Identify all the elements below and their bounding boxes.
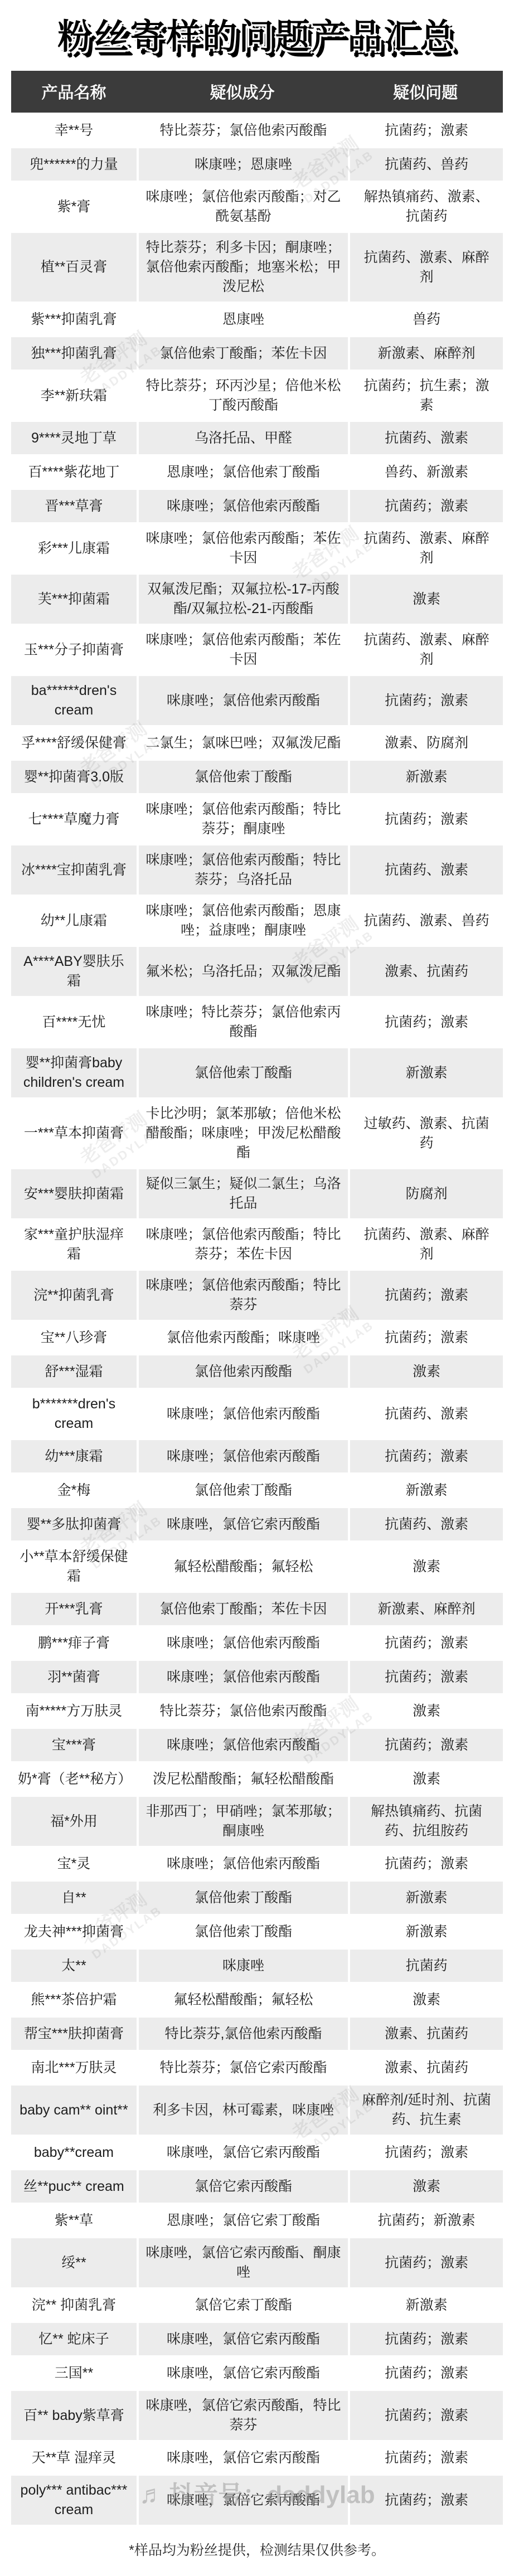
issues-cell: 抗菌药；激素 <box>348 1661 503 1693</box>
issues-cell: 抗菌药；激素 <box>348 1627 503 1659</box>
table-row: 小**草本舒缓保健霜 氟轻松醋酸酯；氟轻松 激素 <box>11 1540 503 1591</box>
table-row: 幸**号 特比萘芬；氯倍他索丙酸酯 抗菌药；激素 <box>11 113 503 147</box>
table-row: 晋***草膏 咪康唑；氯倍他索丙酸酯 抗菌药；激素 <box>11 488 503 522</box>
table-row: 奶*膏（老**秘方） 泼尼松醋酸酯；氟轻松醋酸酯 激素 <box>11 1761 503 1795</box>
table-row: 龙夫神***抑菌膏 氯倍他索丁酸酯 新激素 <box>11 1914 503 1948</box>
product-name-cell: 百** baby紫草膏 <box>11 2391 137 2440</box>
ingredients-cell: 咪康唑；恩康唑 <box>137 148 348 181</box>
issues-cell: 激素 <box>348 575 503 624</box>
product-name-cell: 南*****方万肤灵 <box>11 1695 137 1727</box>
issues-cell: 抗菌药；激素 <box>348 2136 503 2169</box>
issues-cell: 防腐剂 <box>348 1169 503 1218</box>
ingredients-cell: 特比萘芬；环丙沙星；倍他米松丁酸丙酸酯 <box>137 371 348 420</box>
table-row: 七****草魔力膏 咪康唑；氯倍他索丙酸酯；特比萘芬；酮康唑 抗菌药；激素 <box>11 793 503 844</box>
ingredients-cell: 氯倍他索丁酸酯 <box>137 1048 348 1097</box>
issues-cell: 抗菌药；激素 <box>348 2357 503 2389</box>
issues-cell: 抗菌药、激素、麻醉剂 <box>348 524 503 573</box>
product-name-cell: 浣** 抑菌乳膏 <box>11 2289 137 2321</box>
ingredients-cell: 特比萘芬；氯倍他索丙酸酯 <box>137 114 348 147</box>
product-name-cell: 开***乳膏 <box>11 1593 137 1625</box>
product-name-cell: 独***抑菌乳膏 <box>11 337 137 370</box>
table-row: 天**草 湿痒灵 咪康唑，氯倍它索丙酸酯 抗菌药；激素 <box>11 2440 503 2474</box>
issues-cell: 抗菌药；激素 <box>348 2442 503 2474</box>
footnote: *样品均为粉丝提供，检测结果仅供参考。 <box>11 2539 503 2559</box>
ingredients-cell: 卡比沙明；氯苯那敏；倍他米松醋酸酯；咪康唑；甲泼尼松醋酸酯 <box>137 1099 348 1168</box>
issues-cell: 新激素、麻醉剂 <box>348 1593 503 1625</box>
ingredients-cell: 恩康唑 <box>137 303 348 336</box>
ingredients-cell: 氯倍他索丁酸酯 <box>137 1916 348 1948</box>
issues-cell: 抗菌药 <box>348 1950 503 1982</box>
ingredients-cell: 咪康唑；氯倍他索丙酸酯 <box>137 676 348 725</box>
ingredients-cell: 咪康唑；特比萘芬；氯倍他索丙酸酯 <box>137 998 348 1047</box>
ingredients-cell: 泼尼松醋酸酯；氟轻松醋酸酯 <box>137 1763 348 1795</box>
product-name-cell: 百****紫花地丁 <box>11 456 137 488</box>
issues-cell: 抗菌药；激素 <box>348 2238 503 2287</box>
product-name-cell: 浣**抑菌乳膏 <box>11 1271 137 1320</box>
product-name-cell: 百****无忧 <box>11 998 137 1047</box>
issues-cell: 抗菌药；激素 <box>348 795 503 844</box>
issues-cell: 抗菌药；激素 <box>348 1440 503 1472</box>
product-name-cell: 紫***抑菌乳膏 <box>11 303 137 336</box>
table-row: 百****无忧 咪康唑；特比萘芬；氯倍他索丙酸酯 抗菌药；激素 <box>11 996 503 1047</box>
table-row: 熊***茶倍护霜 氟轻松醋酸酯；氟轻松 激素 <box>11 1982 503 2016</box>
ingredients-cell: 咪康唑；氯倍他索丙酸酯；恩康唑；益康唑；酮康唑 <box>137 896 348 945</box>
table-row: baby**cream 咪康唑，氯倍它索丙酸酯 抗菌药；激素 <box>11 2135 503 2169</box>
ingredients-cell: 咪康唑；氯倍他索丙酸酯；对乙酰氨基酚 <box>137 182 348 231</box>
ingredients-cell: 咪康唑，氯倍它索丙酸酯 <box>137 2357 348 2389</box>
issues-cell: 新激素、麻醉剂 <box>348 337 503 370</box>
product-name-cell: 9****灵地丁草 <box>11 422 137 454</box>
product-name-cell: 小**草本舒缓保健霜 <box>11 1542 137 1591</box>
issues-cell: 抗菌药、激素、麻醉剂 <box>348 625 503 674</box>
issues-cell: 抗菌药；新激素 <box>348 2204 503 2237</box>
product-name-cell: 彩***儿康霜 <box>11 524 137 573</box>
issues-cell: 激素 <box>348 1763 503 1795</box>
product-name-cell: 龙夫神***抑菌膏 <box>11 1916 137 1948</box>
product-name-cell: 安***婴肤抑菌霜 <box>11 1169 137 1218</box>
ingredients-cell: 特比萘芬；氯倍它索丙酸酯 <box>137 2052 348 2084</box>
product-name-cell: 婴**多肽抑菌膏 <box>11 1508 137 1540</box>
table-row: 绥** 咪康唑，氯倍它索丙酸酯、酮康唑 抗菌药；激素 <box>11 2237 503 2287</box>
ingredients-cell: 氯倍他索丙酸酯 <box>137 1355 348 1388</box>
table-row: 舒***湿霜 氯倍他索丙酸酯 激素 <box>11 1354 503 1388</box>
table-row: 三国** 咪康唑，氯倍它索丙酸酯 抗菌药；激素 <box>11 2355 503 2389</box>
ingredients-cell: 氯倍他索丁酸酯；苯佐卡因 <box>137 1593 348 1625</box>
table-row: 幼**儿康霜 咪康唑；氯倍他索丙酸酯；恩康唑；益康唑；酮康唑 抗菌药、激素、兽药 <box>11 895 503 945</box>
product-name-cell: 忆** 蛇床子 <box>11 2323 137 2355</box>
issues-cell: 兽药、新激素 <box>348 456 503 488</box>
table-row: 植**百灵膏 特比萘芬；利多卡因；酮康唑；氯倍他索丙酸酯；地塞米松；甲泼尼松 抗… <box>11 231 503 302</box>
ingredients-cell: 双氟泼尼酯；双氟拉松-17-丙酸酯/双氟拉松-21-丙酸酯 <box>137 575 348 624</box>
product-name-cell: 奶*膏（老**秘方） <box>11 1763 137 1795</box>
ingredients-cell: 咪康唑，氯倍它索丙酸酯 <box>137 2476 348 2525</box>
issues-cell: 抗菌药、激素 <box>348 1389 503 1438</box>
table-row: 紫**草 恩康唑；氯倍它索丁酸酯 抗菌药；新激素 <box>11 2203 503 2237</box>
product-name-cell: 幼**儿康霜 <box>11 896 137 945</box>
product-name-cell: 冰****宝抑菌乳膏 <box>11 845 137 895</box>
ingredients-cell: 恩康唑；氯倍它索丁酸酯 <box>137 2204 348 2237</box>
ingredients-cell: 氟轻松醋酸酯；氟轻松 <box>137 1542 348 1591</box>
ingredients-cell: 氯倍他索丁酸酯 <box>137 1882 348 1914</box>
product-name-cell: 紫**草 <box>11 2204 137 2237</box>
product-name-cell: 兜******的力量 <box>11 148 137 181</box>
header-suspected-ingredients: 疑似成分 <box>137 71 348 113</box>
issues-cell: 抗菌药；激素 <box>348 1271 503 1320</box>
product-name-cell: 鹏***痱子膏 <box>11 1627 137 1659</box>
ingredients-cell: 咪康唑，氯倍它索丙酸酯、酮康唑 <box>137 2238 348 2287</box>
ingredients-cell: 氯倍他索丁酸酯；苯佐卡因 <box>137 337 348 370</box>
issues-cell: 激素 <box>348 2170 503 2203</box>
ingredients-cell: 氟轻松醋酸酯；氟轻松 <box>137 1984 348 2016</box>
issues-cell: 过敏药、激素、抗菌药 <box>348 1099 503 1168</box>
product-name-cell: 婴**抑菌膏baby children's cream <box>11 1048 137 1097</box>
issues-cell: 抗菌药；激素 <box>348 676 503 725</box>
table-row: 南北***万肤灵 特比萘芬；氯倍它索丙酸酯 激素、抗菌药 <box>11 2050 503 2084</box>
ingredients-cell: 咪康唑；氯倍他索丙酸酯；苯佐卡因 <box>137 524 348 573</box>
product-name-cell: 紫*膏 <box>11 182 137 231</box>
table-row: 紫*膏 咪康唑；氯倍他索丙酸酯；对乙酰氨基酚 解热镇痛药、激素、抗菌药 <box>11 181 503 231</box>
issues-cell: 激素、抗菌药 <box>348 947 503 996</box>
product-name-cell: 植**百灵膏 <box>11 233 137 302</box>
ingredients-cell: 特比萘芬,氯倍他索丙酸酯 <box>137 2018 348 2050</box>
issues-cell: 解热镇痛药、抗菌药、抗组胺药 <box>348 1797 503 1846</box>
ingredients-cell: 咪康唑；氯倍他索丙酸酯；特比萘芬 <box>137 1271 348 1320</box>
table-row: 自** 氯倍他索丁酸酯 新激素 <box>11 1880 503 1914</box>
table-row: 帮宝***肤抑菌膏 特比萘芬,氯倍他索丙酸酯 激素、抗菌药 <box>11 2016 503 2050</box>
table-row: 婴**多肽抑菌膏 咪康唑，氯倍它索丙酸酯 抗菌药、激素 <box>11 1506 503 1540</box>
issues-cell: 抗菌药；激素 <box>348 114 503 147</box>
products-table: 产品名称 疑似成分 疑似问题 幸**号 特比萘芬；氯倍他索丙酸酯 抗菌药；激素 … <box>11 71 503 2525</box>
issues-cell: 抗菌药；激素 <box>348 490 503 522</box>
table-row: 福*外用 非那西丁；甲硝唑；氯苯那敏；酮康唑 解热镇痛药、抗菌药、抗组胺药 <box>11 1795 503 1846</box>
header-product-name: 产品名称 <box>11 71 137 113</box>
issues-cell: 抗菌药、激素 <box>348 422 503 454</box>
ingredients-cell: 乌洛托品、甲醛 <box>137 422 348 454</box>
product-name-cell: 丝**puc** cream <box>11 2170 137 2203</box>
table-row: poly*** antibac*** cream 咪康唑，氯倍它索丙酸酯 抗菌药… <box>11 2474 503 2525</box>
ingredients-cell: 咪康唑，氯倍它索丙酸酯，特比萘芬 <box>137 2391 348 2440</box>
product-name-cell: poly*** antibac*** cream <box>11 2476 137 2525</box>
issues-cell: 抗菌药；激素 <box>348 2391 503 2440</box>
table-row: 9****灵地丁草 乌洛托品、甲醛 抗菌药、激素 <box>11 420 503 454</box>
product-name-cell: 七****草魔力膏 <box>11 795 137 844</box>
product-name-cell: 绥** <box>11 2238 137 2287</box>
issues-cell: 抗菌药、激素 <box>348 1508 503 1540</box>
issues-cell: 抗菌药、激素 <box>348 845 503 895</box>
product-name-cell: 熊***茶倍护霜 <box>11 1984 137 2016</box>
issues-cell: 激素 <box>348 1355 503 1388</box>
ingredients-cell: 二氯生；氯咪巴唑；双氟泼尼酯 <box>137 727 348 759</box>
product-name-cell: b*******dren's cream <box>11 1389 137 1438</box>
table-row: 开***乳膏 氯倍他索丁酸酯；苯佐卡因 新激素、麻醉剂 <box>11 1591 503 1625</box>
table-row: 幼***康霜 咪康唑；氯倍他索丙酸酯 抗菌药；激素 <box>11 1438 503 1472</box>
issues-cell: 抗菌药；激素 <box>348 1848 503 1880</box>
issues-cell: 激素、防腐剂 <box>348 727 503 759</box>
table-row: b*******dren's cream 咪康唑；氯倍他索丙酸酯 抗菌药、激素 <box>11 1388 503 1438</box>
product-name-cell: 舒***湿霜 <box>11 1355 137 1388</box>
table-row: 家***童护肤湿痒霜 咪康唑；氯倍他索丙酸酯；特比萘芬；苯佐卡因 抗菌药、激素、… <box>11 1218 503 1269</box>
table-row: 彩***儿康霜 咪康唑；氯倍他索丙酸酯；苯佐卡因 抗菌药、激素、麻醉剂 <box>11 522 503 573</box>
table-row: 太** 咪康唑 抗菌药 <box>11 1948 503 1982</box>
table-row: 忆** 蛇床子 咪康唑，氯倍它索丙酸酯 抗菌药；激素 <box>11 2321 503 2355</box>
ingredients-cell: 氯倍它索丙酸酯 <box>137 2170 348 2203</box>
product-name-cell: 芙***抑菌霜 <box>11 575 137 624</box>
ingredients-cell: 咪康唑；氯倍他索丙酸酯 <box>137 490 348 522</box>
product-name-cell: 自** <box>11 1882 137 1914</box>
issues-cell: 新激素 <box>348 1048 503 1097</box>
table-row: 宝*灵 咪康唑；氯倍他索丙酸酯 抗菌药；激素 <box>11 1846 503 1880</box>
ingredients-cell: 恩康唑；氯倍他索丁酸酯 <box>137 456 348 488</box>
table-row: ba******dren's cream 咪康唑；氯倍他索丙酸酯 抗菌药；激素 <box>11 674 503 725</box>
ingredients-cell: 咪康唑；氯倍他索丙酸酯 <box>137 1389 348 1438</box>
product-name-cell: 太** <box>11 1950 137 1982</box>
ingredients-cell: 非那西丁；甲硝唑；氯苯那敏；酮康唑 <box>137 1797 348 1846</box>
product-name-cell: 宝***膏 <box>11 1729 137 1761</box>
table-row: 百** baby紫草膏 咪康唑，氯倍它索丙酸酯，特比萘芬 抗菌药；激素 <box>11 2389 503 2440</box>
table-row: 李**新玞霜 特比萘芬；环丙沙星；倍他米松丁酸丙酸酯 抗菌药；抗生素；激素 <box>11 370 503 420</box>
issues-cell: 新激素 <box>348 2289 503 2321</box>
product-name-cell: 金*梅 <box>11 1474 137 1506</box>
ingredients-cell: 咪康唑；氯倍他索丙酸酯；特比萘芬；苯佐卡因 <box>137 1220 348 1269</box>
table-row: 冰****宝抑菌乳膏 咪康唑；氯倍他索丙酸酯；特比萘芬；乌洛托品 抗菌药、激素 <box>11 844 503 895</box>
product-name-cell: 羽**菌膏 <box>11 1661 137 1693</box>
product-name-cell: 三国** <box>11 2357 137 2389</box>
product-name-cell: 天**草 湿痒灵 <box>11 2442 137 2474</box>
product-name-cell: 幼***康霜 <box>11 1440 137 1472</box>
table-row: baby cam** oint** 利多卡因，林可霉素，咪康唑 麻醉剂/延时剂、… <box>11 2084 503 2135</box>
product-name-cell: ba******dren's cream <box>11 676 137 725</box>
product-name-cell: 福*外用 <box>11 1797 137 1846</box>
product-name-cell: 幸**号 <box>11 114 137 147</box>
product-name-cell: 家***童护肤湿痒霜 <box>11 1220 137 1269</box>
ingredients-cell: 疑似三氯生；疑似二氯生；乌洛托品 <box>137 1169 348 1218</box>
table-row: 兜******的力量 咪康唑；恩康唑 抗菌药、兽药 <box>11 147 503 181</box>
table-row: A****ABY婴肤乐霜 氟米松；乌洛托品；双氟泼尼酯 激素、抗菌药 <box>11 945 503 996</box>
table-row: 浣**抑菌乳膏 咪康唑；氯倍他索丙酸酯；特比萘芬 抗菌药；激素 <box>11 1269 503 1320</box>
product-name-cell: 南北***万肤灵 <box>11 2052 137 2084</box>
issues-cell: 抗菌药；抗生素；激素 <box>348 371 503 420</box>
ingredients-cell: 咪康唑；氯倍他索丙酸酯；特比萘芬；酮康唑 <box>137 795 348 844</box>
ingredients-cell: 咪康唑；氯倍他索丙酸酯；特比萘芬；乌洛托品 <box>137 845 348 895</box>
ingredients-cell: 氯倍他索丁酸酯 <box>137 1474 348 1506</box>
page-title: 粉丝寄样的问题产品汇总 <box>11 9 503 59</box>
issues-cell: 抗菌药；激素 <box>348 2323 503 2355</box>
table-row: 南*****方万肤灵 特比萘芬；氯倍他索丙酸酯 激素 <box>11 1693 503 1727</box>
product-name-cell: 晋***草膏 <box>11 490 137 522</box>
product-name-cell: 玉***分子抑菌膏 <box>11 625 137 674</box>
table-row: 浣** 抑菌乳膏 氯倍它索丁酸酯 新激素 <box>11 2287 503 2321</box>
issues-cell: 抗菌药；激素 <box>348 998 503 1047</box>
ingredients-cell: 氯倍他索丁酸酯 <box>137 761 348 793</box>
issues-cell: 激素 <box>348 1542 503 1591</box>
table-row: 丝**puc** cream 氯倍它索丙酸酯 激素 <box>11 2169 503 2203</box>
ingredients-cell: 咪康唑；氯倍他索丙酸酯 <box>137 1729 348 1761</box>
product-name-cell: baby**cream <box>11 2136 137 2169</box>
product-name-cell: 一***草本抑菌膏 <box>11 1099 137 1168</box>
issues-cell: 麻醉剂/延时剂、抗菌药、抗生素 <box>348 2086 503 2135</box>
issues-cell: 新激素 <box>348 1882 503 1914</box>
ingredients-cell: 咪康唑，氯倍它索丙酸酯 <box>137 2323 348 2355</box>
table-row: 羽**菌膏 咪康唑；氯倍他索丙酸酯 抗菌药；激素 <box>11 1659 503 1693</box>
ingredients-cell: 咪康唑 <box>137 1950 348 1982</box>
ingredients-cell: 咪康唑，氯倍它索丙酸酯 <box>137 2136 348 2169</box>
table-body: 幸**号 特比萘芬；氯倍他索丙酸酯 抗菌药；激素 兜******的力量 咪康唑；… <box>11 113 503 2525</box>
product-name-cell: 宝*灵 <box>11 1848 137 1880</box>
table-row: 芙***抑菌霜 双氟泼尼酯；双氟拉松-17-丙酸酯/双氟拉松-21-丙酸酯 激素 <box>11 573 503 624</box>
issues-cell: 抗菌药；激素 <box>348 1729 503 1761</box>
issues-cell: 抗菌药；激素 <box>348 1321 503 1354</box>
issues-cell: 抗菌药、激素、麻醉剂 <box>348 233 503 302</box>
table-row: 鹏***痱子膏 咪康唑；氯倍他索丙酸酯 抗菌药；激素 <box>11 1625 503 1659</box>
product-name-cell: 婴**抑菌膏3.0版 <box>11 761 137 793</box>
table-row: 婴**抑菌膏3.0版 氯倍他索丁酸酯 新激素 <box>11 759 503 793</box>
ingredients-cell: 咪康唑；氯倍他索丙酸酯；苯佐卡因 <box>137 625 348 674</box>
ingredients-cell: 特比萘芬；氯倍他索丙酸酯 <box>137 1695 348 1727</box>
product-name-cell: 帮宝***肤抑菌膏 <box>11 2018 137 2050</box>
issues-cell: 新激素 <box>348 1916 503 1948</box>
issues-cell: 新激素 <box>348 1474 503 1506</box>
ingredients-cell: 咪康唑；氯倍他索丙酸酯 <box>137 1627 348 1659</box>
table-row: 百****紫花地丁 恩康唑；氯倍他索丁酸酯 兽药、新激素 <box>11 454 503 488</box>
table-row: 紫***抑菌乳膏 恩康唑 兽药 <box>11 302 503 336</box>
ingredients-cell: 特比萘芬；利多卡因；酮康唑；氯倍他索丙酸酯；地塞米松；甲泼尼松 <box>137 233 348 302</box>
issues-cell: 抗菌药、激素、兽药 <box>348 896 503 945</box>
issues-cell: 激素、抗菌药 <box>348 2018 503 2050</box>
issues-cell: 激素 <box>348 1984 503 2016</box>
header-suspected-issues: 疑似问题 <box>348 71 503 113</box>
issues-cell: 激素、抗菌药 <box>348 2052 503 2084</box>
product-name-cell: baby cam** oint** <box>11 2086 137 2135</box>
issues-cell: 抗菌药；激素 <box>348 2476 503 2525</box>
infographic-page: 粉丝寄样的问题产品汇总 产品名称 疑似成分 疑似问题 幸**号 特比萘芬；氯倍他… <box>0 0 514 2576</box>
ingredients-cell: 咪康唑；氯倍他索丙酸酯 <box>137 1848 348 1880</box>
issues-cell: 新激素 <box>348 761 503 793</box>
ingredients-cell: 氟米松；乌洛托品；双氟泼尼酯 <box>137 947 348 996</box>
ingredients-cell: 氯倍它索丁酸酯 <box>137 2289 348 2321</box>
issues-cell: 解热镇痛药、激素、抗菌药 <box>348 182 503 231</box>
table-row: 宝**八珍膏 氯倍他索丙酸酯；咪康唑 抗菌药；激素 <box>11 1320 503 1354</box>
ingredients-cell: 咪康唑；氯倍他索丙酸酯 <box>137 1440 348 1472</box>
ingredients-cell: 咪康唑；氯倍他索丙酸酯 <box>137 1661 348 1693</box>
issues-cell: 激素 <box>348 1695 503 1727</box>
table-row: 安***婴肤抑菌霜 疑似三氯生；疑似二氯生；乌洛托品 防腐剂 <box>11 1168 503 1218</box>
table-header-row: 产品名称 疑似成分 疑似问题 <box>11 71 503 113</box>
table-row: 孚****舒缓保健膏 二氯生；氯咪巴唑；双氟泼尼酯 激素、防腐剂 <box>11 725 503 759</box>
issues-cell: 抗菌药、激素、麻醉剂 <box>348 1220 503 1269</box>
table-row: 一***草本抑菌膏 卡比沙明；氯苯那敏；倍他米松醋酸酯；咪康唑；甲泼尼松醋酸酯 … <box>11 1097 503 1168</box>
table-row: 金*梅 氯倍他索丁酸酯 新激素 <box>11 1472 503 1506</box>
table-row: 宝***膏 咪康唑；氯倍他索丙酸酯 抗菌药；激素 <box>11 1727 503 1761</box>
product-name-cell: 宝**八珍膏 <box>11 1321 137 1354</box>
ingredients-cell: 咪康唑，氯倍它索丙酸酯 <box>137 2442 348 2474</box>
product-name-cell: 孚****舒缓保健膏 <box>11 727 137 759</box>
table-row: 独***抑菌乳膏 氯倍他索丁酸酯；苯佐卡因 新激素、麻醉剂 <box>11 336 503 370</box>
ingredients-cell: 咪康唑，氯倍它索丙酸酯 <box>137 1508 348 1540</box>
issues-cell: 兽药 <box>348 303 503 336</box>
product-name-cell: A****ABY婴肤乐霜 <box>11 947 137 996</box>
table-row: 婴**抑菌膏baby children's cream 氯倍他索丁酸酯 新激素 <box>11 1047 503 1097</box>
product-name-cell: 李**新玞霜 <box>11 371 137 420</box>
table-row: 玉***分子抑菌膏 咪康唑；氯倍他索丙酸酯；苯佐卡因 抗菌药、激素、麻醉剂 <box>11 624 503 674</box>
ingredients-cell: 利多卡因，林可霉素，咪康唑 <box>137 2086 348 2135</box>
ingredients-cell: 氯倍他索丙酸酯；咪康唑 <box>137 1321 348 1354</box>
issues-cell: 抗菌药、兽药 <box>348 148 503 181</box>
